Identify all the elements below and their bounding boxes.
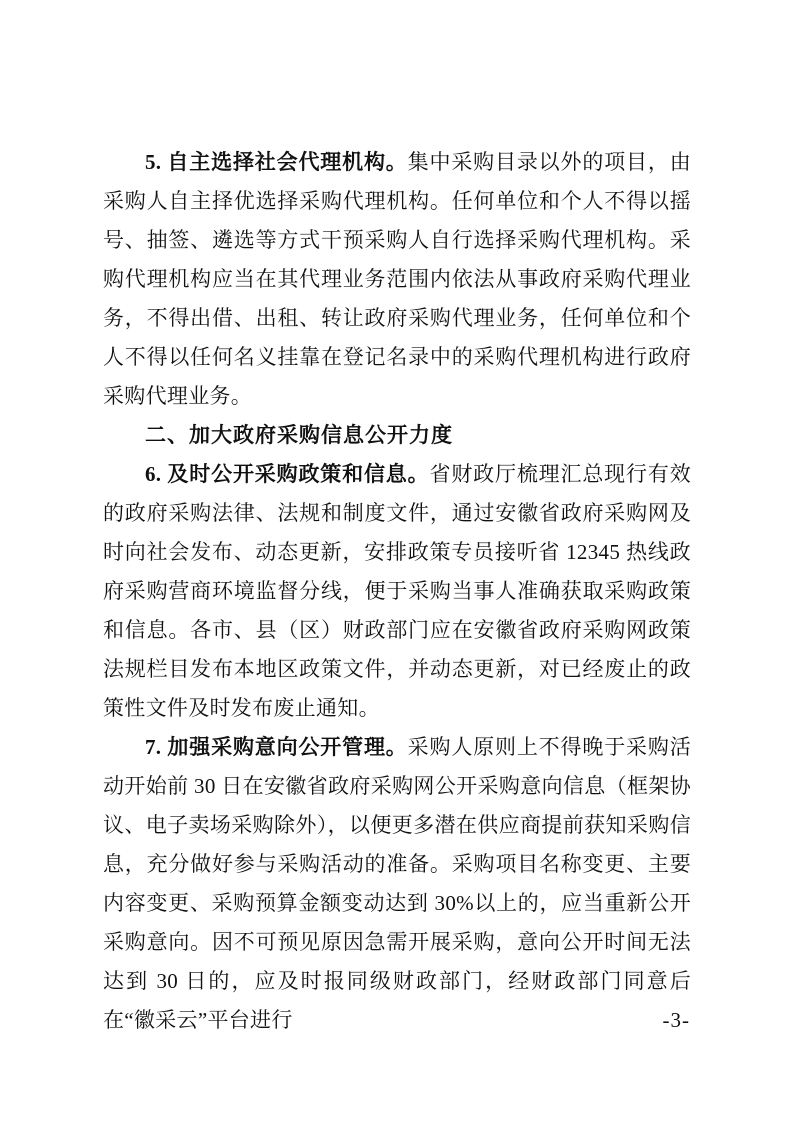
page-number: -3- bbox=[663, 1005, 691, 1035]
paragraph-7-body: 采购人原则上不得晚于采购活动开始前 30 日在安徽省政府采购网公开采购意向信息（… bbox=[103, 735, 691, 1032]
paragraph-5-body: 集中采购目录以外的项目，由采购人自主择优选择采购代理机构。任何单位和个人不得以摇… bbox=[103, 150, 691, 408]
paragraph-6-lead: 6. 及时公开采购政策和信息。 bbox=[145, 462, 429, 486]
text-block: 5. 自主选择社会代理机构。集中采购目录以外的项目，由采购人自主择优选择采购代理… bbox=[103, 143, 691, 1040]
document-page: 5. 自主选择社会代理机构。集中采购目录以外的项目，由采购人自主择优选择采购代理… bbox=[0, 0, 793, 1122]
paragraph-5-lead: 5. 自主选择社会代理机构。 bbox=[145, 150, 408, 174]
paragraph-5: 5. 自主选择社会代理机构。集中采购目录以外的项目，由采购人自主择优选择采购代理… bbox=[103, 143, 691, 416]
paragraph-6-body: 省财政厅梳理汇总现行有效的政府采购法律、法规和制度文件，通过安徽省政府采购网及时… bbox=[103, 462, 691, 720]
paragraph-7: 7. 加强采购意向公开管理。采购人原则上不得晚于采购活动开始前 30 日在安徽省… bbox=[103, 728, 691, 1040]
paragraph-6: 6. 及时公开采购政策和信息。省财政厅梳理汇总现行有效的政府采购法律、法规和制度… bbox=[103, 455, 691, 728]
paragraph-7-lead: 7. 加强采购意向公开管理。 bbox=[145, 735, 408, 759]
section-heading-2: 二、加大政府采购信息公开力度 bbox=[103, 416, 691, 455]
